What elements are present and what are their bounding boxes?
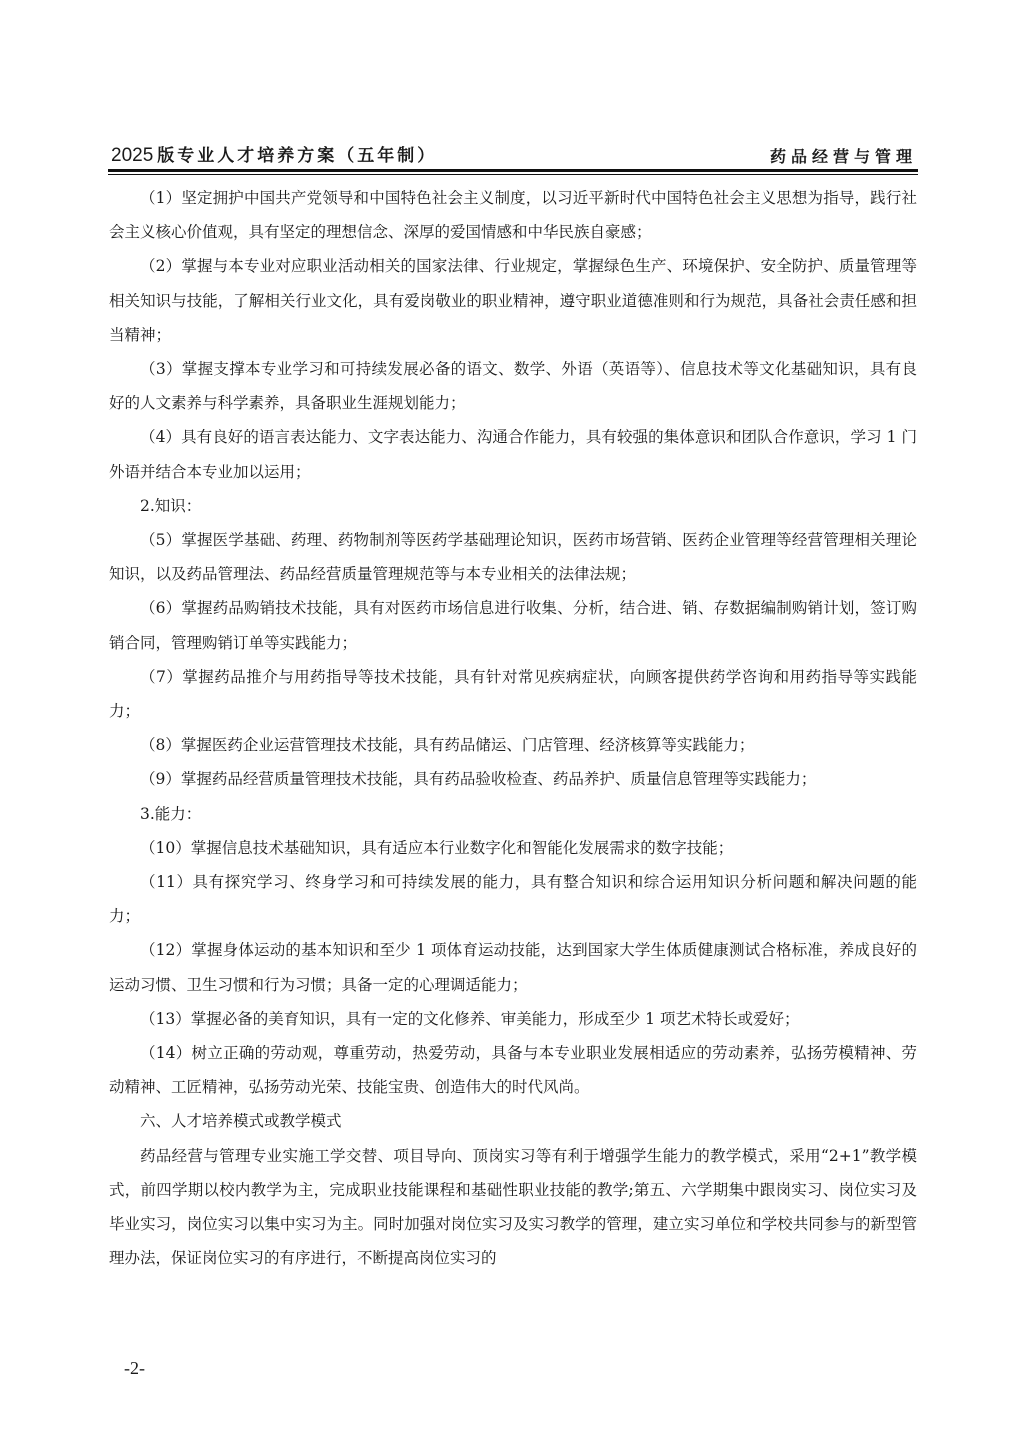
objective-1: （1）坚定拥护中国共产党领导和中国特色社会主义制度，以习近平新时代中国特色社会主…	[109, 181, 917, 249]
objective-6: （6）掌握药品购销技术技能，具有对医药市场信息进行收集、分析，结合进、销、存数据…	[109, 591, 917, 659]
running-header: 2025版专业人才培养方案（五年制） 药品经营与管理	[111, 141, 917, 167]
objective-4: （4）具有良好的语言表达能力、文字表达能力、沟通合作能力，具有较强的集体意识和团…	[109, 420, 917, 488]
objective-13: （13）掌握必备的美育知识，具有一定的文化修养、审美能力，形成至少 1 项艺术特…	[109, 1002, 917, 1036]
training-mode-paragraph: 药品经营与管理专业实施工学交替、项目导向、顶岗实习等有利于增强学生能力的教学模式…	[109, 1139, 917, 1276]
objective-9: （9）掌握药品经营质量管理技术技能，具有药品验收检查、药品养护、质量信息管理等实…	[109, 762, 917, 796]
page-body: （1）坚定拥护中国共产党领导和中国特色社会主义制度，以习近平新时代中国特色社会主…	[109, 181, 917, 1276]
objective-11: （11）具有探究学习、终身学习和可持续发展的能力，具有整合知识和综合运用知识分析…	[109, 865, 917, 933]
objective-3: （3）掌握支撑本专业学习和可持续发展必备的语文、数学、外语（英语等）、信息技术等…	[109, 352, 917, 420]
header-rule-thin	[108, 174, 918, 175]
objective-12: （12）掌握身体运动的基本知识和至少 1 项体育运动技能，达到国家大学生体质健康…	[109, 933, 917, 1001]
header-rule-thick	[108, 169, 918, 172]
header-document-title: 2025版专业人才培养方案（五年制）	[111, 141, 437, 167]
header-title: 版专业人才培养方案（五年制）	[157, 146, 437, 166]
objective-5: （5）掌握医学基础、药理、药物制剂等医药学基础理论知识，医药市场营销、医药企业管…	[109, 523, 917, 591]
page-number: -2-	[124, 1358, 145, 1379]
section-heading-ability: 3.能力：	[109, 797, 917, 831]
objective-8: （8）掌握医药企业运营管理技术技能，具有药品储运、门店管理、经济核算等实践能力；	[109, 728, 917, 762]
objective-2: （2）掌握与本专业对应职业活动相关的国家法律、行业规定，掌握绿色生产、环境保护、…	[109, 249, 917, 352]
section-heading-training-mode: 六、人才培养模式或教学模式	[109, 1104, 917, 1138]
header-year: 2025	[111, 145, 153, 166]
objective-7: （7）掌握药品推介与用药指导等技术技能，具有针对常见疾病症状，向顾客提供药学咨询…	[109, 660, 917, 728]
section-heading-knowledge: 2.知识：	[109, 489, 917, 523]
objective-14: （14）树立正确的劳动观，尊重劳动，热爱劳动，具备与本专业职业发展相适应的劳动素…	[109, 1036, 917, 1104]
header-major: 药品经营与管理	[770, 144, 917, 167]
objective-10: （10）掌握信息技术基础知识，具有适应本行业数字化和智能化发展需求的数字技能；	[109, 831, 917, 865]
